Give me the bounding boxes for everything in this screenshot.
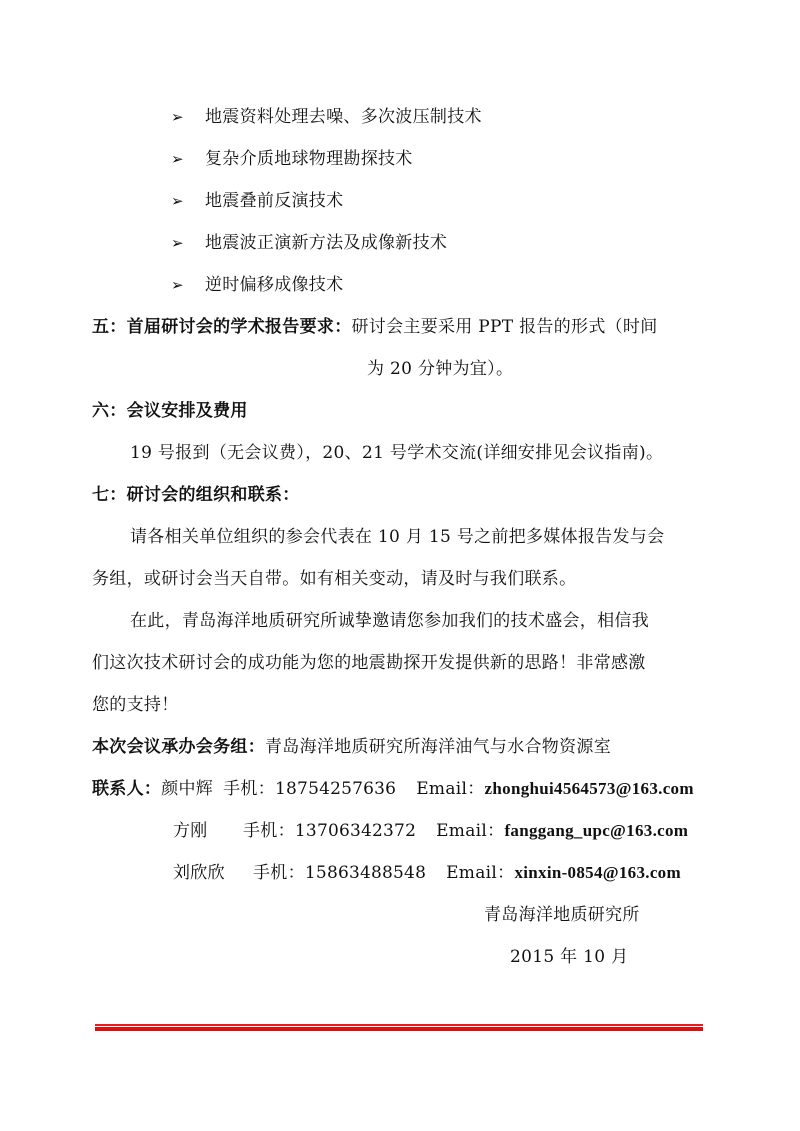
bullet-text: 地震波正演新方法及成像新技术 — [205, 233, 447, 253]
section-7-paragraph-1: 请各相关单位组织的参会代表在 10 月 15 号之前把多媒体报告发与会 — [130, 526, 664, 548]
section-5-heading: 五：首届研讨会的学术报告要求： — [92, 317, 352, 337]
bullet-text: 地震叠前反演技术 — [205, 191, 343, 211]
email-address[interactable]: xinxin-0854@163.com — [514, 863, 681, 882]
phone-number: 13706342372 — [295, 821, 416, 841]
signature-date: 2015 年 10 月 — [510, 946, 628, 968]
bullet-text: 复杂介质地球物理勘探技术 — [205, 149, 413, 169]
section-5-text: 研讨会主要采用 PPT 报告的形式（时间 — [352, 317, 658, 337]
organizer-label: 本次会议承办会务组： — [92, 737, 265, 757]
email-address[interactable]: fanggang_upc@163.com — [504, 821, 688, 840]
phone-label: 手机： — [223, 779, 275, 799]
organizer-value: 青岛海洋地质研究所海洋油气与水合物资源室 — [265, 737, 611, 757]
contact-name: 方刚 — [173, 820, 243, 842]
contact-row: 方刚手机：13706342372Email：fanggang_upc@163.c… — [173, 820, 688, 842]
contact-name: 刘欣欣 — [173, 862, 253, 884]
phone-label: 手机： — [253, 863, 305, 883]
contact-name: 颜中辉 — [161, 779, 213, 799]
section-7-heading: 七：研讨会的组织和联系： — [92, 484, 300, 506]
section-7-paragraph-2: 在此，青岛海洋地质研究所诚挚邀请您参加我们的技术盛会，相信我 — [130, 610, 649, 632]
section-5: 五：首届研讨会的学术报告要求：研讨会主要采用 PPT 报告的形式（时间 — [92, 316, 658, 338]
section-5-text-continued: 为 20 分钟为宜）。 — [367, 358, 513, 380]
bullet-item: ➢地震叠前反演技术 — [171, 190, 343, 212]
contact-row: 刘欣欣手机：15863488548Email：xinxin-0854@163.c… — [173, 862, 681, 884]
section-6-text: 19 号报到（无会议费），20、21 号学术交流(详细安排见会议指南)。 — [130, 442, 663, 464]
bullet-text: 逆时偏移成像技术 — [205, 275, 343, 295]
organizer: 本次会议承办会务组：青岛海洋地质研究所海洋油气与水合物资源室 — [92, 736, 611, 758]
email-label: Email： — [436, 821, 504, 841]
bullet-item: ➢复杂介质地球物理勘探技术 — [171, 148, 413, 170]
section-7-paragraph-2-cont: 们这次技术研讨会的成功能为您的地震勘探开发提供新的思路！非常感激 — [92, 652, 646, 674]
arrow-bullet-icon: ➢ — [171, 232, 205, 254]
email-label: Email： — [416, 779, 484, 799]
bullet-text: 地震资料处理去噪、多次波压制技术 — [205, 107, 482, 127]
section-7-paragraph-1-cont: 务组，或研讨会当天自带。如有相关变动，请及时与我们联系。 — [92, 568, 576, 590]
bullet-item: ➢地震资料处理去噪、多次波压制技术 — [171, 106, 482, 128]
email-address[interactable]: zhonghui4564573@163.com — [485, 779, 694, 798]
contact-row: 联系人：颜中辉手机：18754257636Email：zhonghui45645… — [92, 778, 694, 800]
phone-label: 手机： — [243, 821, 295, 841]
footer-rule-thin — [95, 1024, 703, 1026]
bullet-item: ➢逆时偏移成像技术 — [171, 274, 343, 296]
arrow-bullet-icon: ➢ — [171, 148, 205, 170]
arrow-bullet-icon: ➢ — [171, 190, 205, 212]
bullet-item: ➢地震波正演新方法及成像新技术 — [171, 232, 447, 254]
phone-number: 15863488548 — [305, 863, 426, 883]
contacts-label: 联系人： — [92, 779, 161, 799]
footer-rule-thick — [95, 1027, 703, 1031]
phone-number: 18754257636 — [275, 779, 396, 799]
section-7-paragraph-2-end: 您的支持！ — [92, 694, 179, 716]
section-6-heading: 六：会议安排及费用 — [92, 400, 248, 422]
email-label: Email： — [446, 863, 514, 883]
arrow-bullet-icon: ➢ — [171, 274, 205, 296]
arrow-bullet-icon: ➢ — [171, 106, 205, 128]
signature-org: 青岛海洋地质研究所 — [484, 904, 640, 926]
